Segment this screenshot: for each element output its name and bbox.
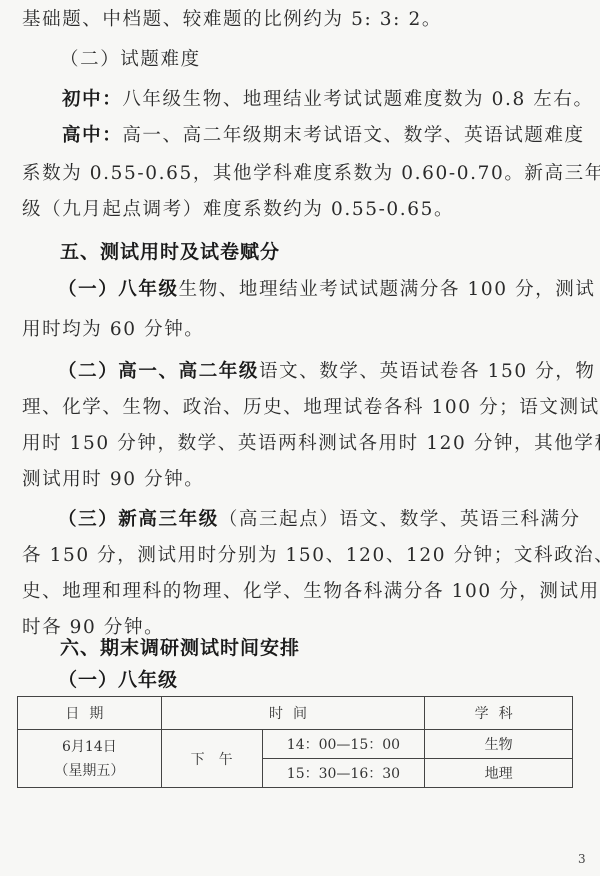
text-senior: 高一、高二年级期末考试语文、数学、英语试题难度 — [122, 125, 584, 146]
label-senior: 高中： — [62, 125, 122, 146]
cell-time: 15：30—16：30 — [262, 759, 425, 788]
label-junior: 初中： — [62, 89, 122, 110]
cell-time: 14：00—15：00 — [262, 730, 425, 759]
header-subject: 学科 — [425, 697, 573, 730]
paragraph-ratio: 基础题、中档题、较难题的比例约为 5: 3: 2。 — [22, 8, 442, 32]
paragraph-line: 级（九月起点调考）难度系数约为 0.55-0.65。 — [22, 198, 454, 222]
text-junior: 八年级生物、地理结业考试试题难度数为 0.8 左右。 — [122, 89, 593, 110]
paragraph-grade8-scoring: （一）八年级生物、地理结业考试试题满分各 100 分，测试 — [58, 278, 595, 302]
header-date: 日期 — [18, 697, 162, 730]
cell-subject: 生物 — [425, 730, 573, 759]
header-time: 时间 — [161, 697, 425, 730]
section-heading-5: 五、测试用时及试卷赋分 — [60, 240, 280, 264]
paragraph-line: 史、地理和理科的物理、化学、生物各科满分各 100 分，测试用 — [22, 580, 600, 604]
cell-subject: 地理 — [425, 759, 573, 788]
schedule-table: 日期 时间 学科 6月14日 （星期五） 下 午 14：00—15：00 生物 … — [17, 696, 573, 788]
paragraph-line: 测试用时 90 分钟。 — [22, 468, 204, 492]
table-header-row: 日期 时间 学科 — [18, 697, 573, 730]
section-heading-6: 六、期末调研测试时间安排 — [60, 636, 300, 660]
subheading-grade8: （一）八年级 — [58, 668, 178, 692]
paragraph-senior3-scoring: （三）新高三年级（高三起点）语文、数学、英语三科满分 — [58, 508, 581, 532]
paragraph-line: 用时 150 分钟，数学、英语两科测试各用时 120 分钟，其他学科 — [22, 432, 600, 456]
text-senior12: 语文、数学、英语试卷各 150 分，物 — [259, 361, 595, 382]
page-number: 3 — [578, 852, 586, 866]
cell-period: 下 午 — [161, 730, 262, 788]
paragraph-line: 系数为 0.55-0.65，其他学科难度系数为 0.60-0.70。新高三年 — [22, 162, 600, 186]
cell-date: 6月14日 （星期五） — [18, 730, 162, 788]
text-senior3: （高三起点）语文、数学、英语三科满分 — [219, 509, 581, 530]
paragraph-line: 用时均为 60 分钟。 — [22, 318, 204, 342]
label-senior12: （二）高一、高二年级 — [58, 361, 259, 382]
paragraph-line: 各 150 分，测试用时分别为 150、120、120 分钟；文科政治、历 — [22, 544, 600, 568]
paragraph-senior12-scoring: （二）高一、高二年级语文、数学、英语试卷各 150 分，物 — [58, 360, 596, 384]
weekday-text: （星期五） — [18, 759, 161, 783]
label-senior3: （三）新高三年级 — [58, 509, 219, 530]
paragraph-junior-difficulty: 初中：八年级生物、地理结业考试试题难度数为 0.8 左右。 — [62, 88, 594, 112]
paragraph-senior-difficulty: 高中：高一、高二年级期末考试语文、数学、英语试题难度 — [62, 124, 585, 148]
text-grade8: 生物、地理结业考试试题满分各 100 分，测试 — [179, 279, 596, 300]
date-text: 6月14日 — [18, 735, 161, 759]
table-row: 6月14日 （星期五） 下 午 14：00—15：00 生物 — [18, 730, 573, 759]
paragraph-line: 理、化学、生物、政治、历史、地理试卷各科 100 分；语文测试 — [22, 396, 600, 420]
subheading-difficulty: （二）试题难度 — [60, 48, 201, 72]
label-grade8: （一）八年级 — [58, 279, 179, 300]
